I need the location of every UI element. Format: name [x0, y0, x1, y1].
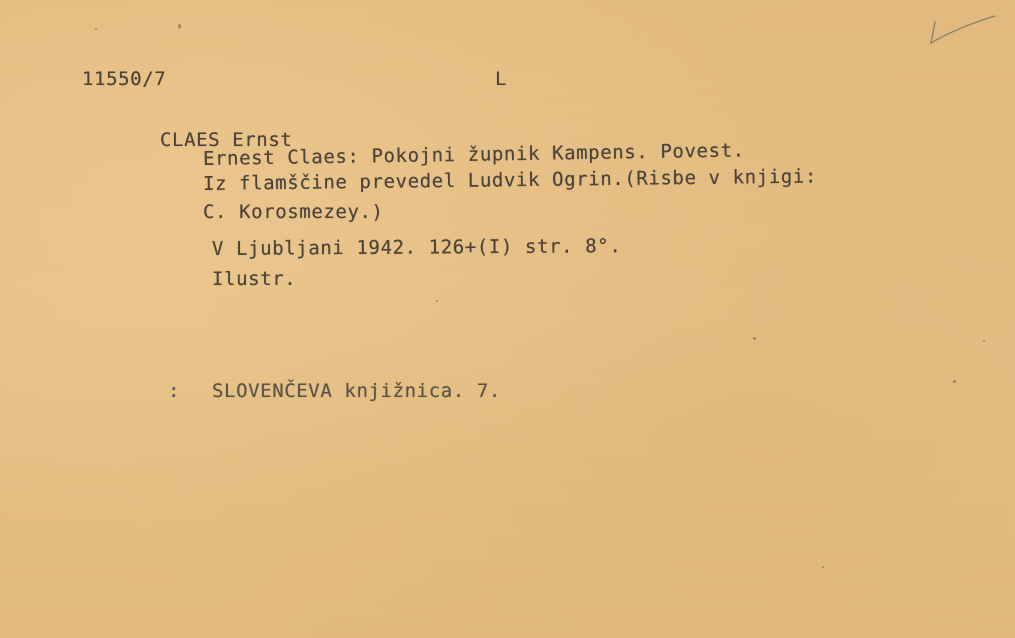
translation-statement: Iz flamščine prevedel Ludvik Ogrin.(Risb…: [203, 167, 817, 193]
location-mark: L: [495, 70, 507, 89]
paper-speck: [822, 566, 824, 568]
illustrator-statement: C. Korosmezey.): [203, 203, 384, 222]
imprint-statement: V Ljubljani 1942. 126+(I) str. 8°.: [212, 237, 621, 259]
paper-speck: [953, 380, 956, 383]
catalog-card: 11550/7 L CLAES Ernst Ernest Claes: Poko…: [0, 0, 1015, 638]
paper-speck: [983, 340, 985, 342]
call-number: 11550/7: [82, 70, 166, 89]
paper-speck: [753, 337, 756, 340]
paper-speck: [178, 24, 181, 29]
paper-speck: [436, 300, 438, 302]
paper-speck: [95, 28, 97, 30]
check-mark-icon: [928, 12, 998, 52]
series-statement: SLOVENČEVA knjižnica. 7.: [212, 382, 501, 401]
series-prefix: :: [168, 382, 180, 401]
illustration-note: Ilustr.: [212, 270, 296, 289]
